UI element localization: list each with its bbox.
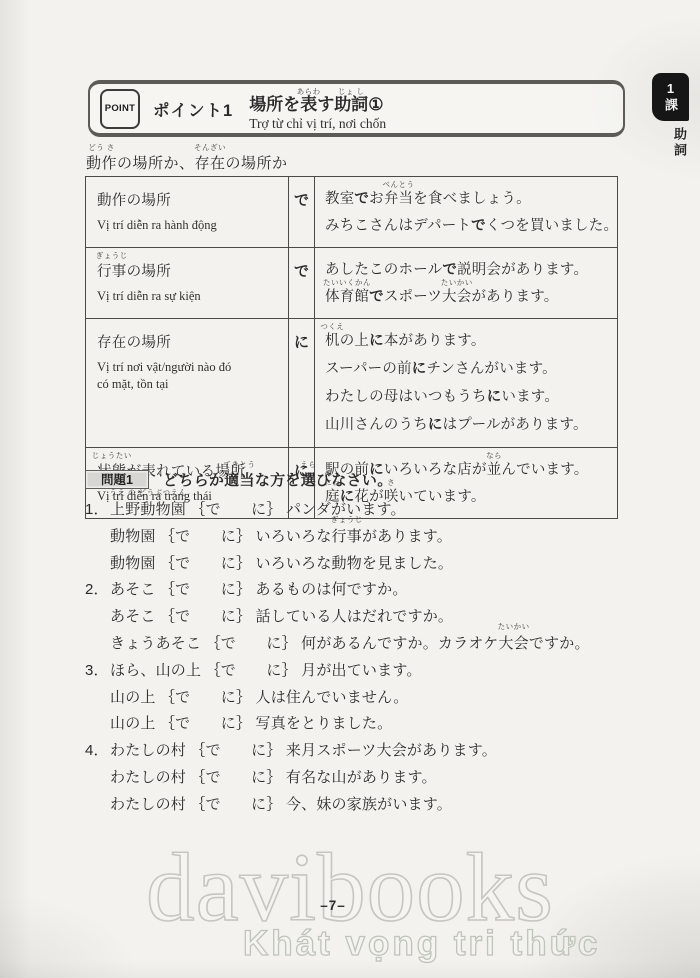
lesson-tab-label: 1課	[664, 81, 677, 113]
exercise-line: 山の上 ｛で に｝ 人は住んでいません。	[85, 685, 645, 712]
usage-label-vi: Vị trí diễn ra hành động	[97, 217, 282, 234]
particle-cell: で	[289, 177, 315, 248]
example-sentence: 山川さんのうちにはプールがあります。	[325, 415, 615, 435]
header-title-group: 場所を表あらわす助詞じょ し① Trợ từ chỉ vị trí, nơi c…	[249, 86, 386, 132]
examples-cell: 机つくえの上に本があります。 スーパーの前にチンさんがいます。 わたしの母はいつ…	[315, 319, 618, 448]
exercise-line: きょうあそこ ｛で に｝ 何があるんですか。カラオケ大会たいかいですか。	[85, 631, 645, 658]
examples-cell: あしたこのホールで説明会があります。 体育館たいいくかんでスポーツ大会たいかいが…	[315, 248, 618, 319]
item-text: 動物園 ｛で に｝ いろいろな行事ぎょうじがあります。	[110, 528, 452, 545]
exercise-line: 1．上野動物園うえ の どうぶつえん ｛で に｝ パンダがいます。	[85, 497, 645, 524]
point-badge-label: POINT	[105, 103, 136, 114]
item-number: 4．	[85, 738, 110, 765]
item-text: あそこ ｛で に｝ 話している人はだれですか。	[110, 608, 453, 625]
usage-label-cell: 動作の場所 Vị trí diễn ra hành động	[86, 177, 289, 248]
examples-cell: 教室でお弁当べんとうを食べましょう。 みちこさんはデパートでくつを買いました。	[315, 177, 618, 248]
particle-cell: で	[289, 248, 315, 319]
point-badge: POINT	[100, 89, 140, 129]
table-row: 存在の場所 Vị trí nơi vật/người nào đó có mặt…	[86, 319, 618, 448]
lesson-tab: 1課	[652, 73, 689, 121]
particle-cell: に	[289, 319, 315, 448]
page-number: –7–	[283, 898, 383, 913]
exercise-instruction: どちらか適当てきとうな方を選えらびなさい。	[163, 469, 393, 490]
item-text: わたしの村 ｛で に｝ 有名な山があります。	[110, 769, 437, 786]
particle: で	[294, 263, 309, 280]
item-number: 2．	[85, 577, 110, 604]
exercise-line: 4．わたしの村 ｛で に｝ 来月スポーツ大会があります。	[85, 738, 645, 765]
textbook-page: POINT ポイント1 場所を表あらわす助詞じょ し① Trợ từ chỉ v…	[0, 0, 700, 978]
usage-label-vi: Vị trí nơi vật/người nào đó có mặt, tồn …	[97, 359, 282, 393]
example-sentence: 教室でお弁当べんとうを食べましょう。	[325, 189, 615, 209]
exercise-line: 3．ほら、山の上 ｛で に｝ 月が出ています。	[85, 658, 645, 685]
example-sentence: あしたこのホールで説明会があります。	[325, 260, 615, 280]
usage-label-cell: 行事ぎょうじの場所 Vị trí diễn ra sự kiện	[86, 248, 289, 319]
header-subtitle-vi: Trợ từ chỉ vị trí, nơi chốn	[249, 116, 386, 132]
example-sentence: わたしの母はいつもうちにいます。	[325, 387, 615, 407]
exercise-line: 山の上 ｛で に｝ 写真をとりました。	[85, 711, 645, 738]
usage-label-cell: 存在の場所 Vị trí nơi vật/người nào đó có mặt…	[86, 319, 289, 448]
table-row: 行事ぎょうじの場所 Vị trí diễn ra sự kiện で あしたこの…	[86, 248, 618, 319]
header-title-jp: 場所を表あらわす助詞じょ し①	[249, 90, 386, 114]
point-number: ポイント1	[153, 97, 233, 121]
example-sentence: みちこさんはデパートでくつを買いました。	[325, 216, 615, 236]
usage-label-jp: 存在の場所	[97, 331, 282, 352]
item-text: 山の上 ｛で に｝ 人は住んでいません。	[110, 689, 408, 706]
section-heading: 動作どう さの場所か、存在そんざいの場所か	[86, 152, 288, 173]
example-sentence: スーパーの前にチンさんがいます。	[325, 359, 615, 379]
item-number: 1．	[85, 497, 110, 524]
item-text: 山の上 ｛で に｝ 写真をとりました。	[110, 715, 392, 732]
item-text: きょうあそこ ｛で に｝ 何があるんですか。カラオケ大会たいかいですか。	[110, 635, 590, 652]
example-sentence: 机つくえの上に本があります。	[325, 331, 615, 351]
particle: に	[294, 334, 309, 351]
item-text: わたしの村 ｛で に｝ 今、妹の家族がいます。	[110, 796, 452, 813]
item-text: あそこ ｛で に｝ あるものは何ですか。	[110, 581, 408, 598]
lesson-section-label: 助詞	[652, 127, 689, 159]
exercise-line: 動物園 ｛で に｝ いろいろな行事ぎょうじがあります。	[85, 524, 645, 551]
usage-label-jp: 行事ぎょうじの場所	[97, 260, 282, 281]
watermark-brand: davibooks	[0, 838, 700, 938]
exercise-line: わたしの村 ｛で に｝ 有名な山があります。	[85, 765, 645, 792]
item-text: わたしの村 ｛で に｝ 来月スポーツ大会があります。	[110, 742, 497, 759]
usage-label-vi: Vị trí diễn ra sự kiện	[97, 288, 282, 305]
item-text: 動物園 ｛で に｝ いろいろな動物を見ました。	[110, 555, 453, 572]
usage-label-jp: 動作の場所	[97, 189, 282, 210]
exercise-line: 動物園 ｛で に｝ いろいろな動物を見ました。	[85, 551, 645, 578]
point-header-box: POINT ポイント1 場所を表あらわす助詞じょ し① Trợ từ chỉ v…	[88, 80, 625, 137]
particle: で	[294, 192, 309, 209]
example-sentence: 体育館たいいくかんでスポーツ大会たいかいがあります。	[325, 287, 615, 307]
table-row: 動作の場所 Vị trí diễn ra hành động で 教室でお弁当べ…	[86, 177, 618, 248]
exercise-line: 2．あそこ ｛で に｝ あるものは何ですか。	[85, 577, 645, 604]
item-text: ほら、山の上 ｛で に｝ 月が出ています。	[110, 662, 422, 679]
item-number: 3．	[85, 658, 110, 685]
watermark-slogan: Khát vọng tri thức	[243, 924, 600, 964]
exercise-line: わたしの村 ｛で に｝ 今、妹の家族がいます。	[85, 792, 645, 819]
exercise-badge: 問題1	[85, 470, 149, 489]
exercise-section: 問題1 どちらか適当てきとうな方を選えらびなさい。 1．上野動物園うえ の どう…	[85, 467, 645, 819]
exercise-line: あそこ ｛で に｝ 話している人はだれですか。	[85, 604, 645, 631]
